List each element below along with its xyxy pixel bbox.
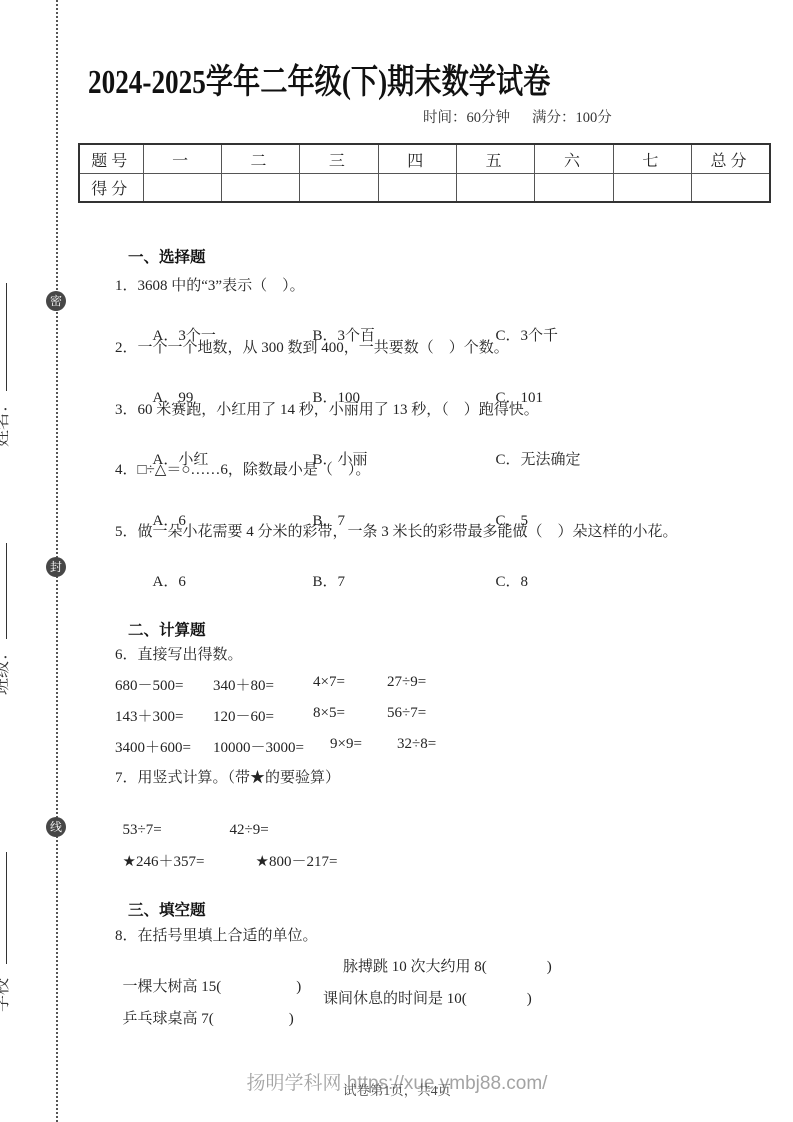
question-5-options: A．6B．7C．8 bbox=[145, 553, 528, 591]
score-table-cell-2: 二 bbox=[221, 144, 299, 174]
calc-expression: 8×5= bbox=[313, 705, 387, 736]
student-school-field: 学校 bbox=[0, 852, 13, 1012]
score-table-cell-6: 六 bbox=[535, 144, 613, 174]
fill-blank-line-2: 乒乓球桌高 7( )课间休息的时间是 10( ) bbox=[115, 989, 675, 1029]
calc-expression: 4×7= bbox=[313, 674, 387, 705]
option-b: B．7 bbox=[313, 570, 496, 591]
calc-expression: 10000－3000= bbox=[213, 736, 313, 767]
option-a: A．6 bbox=[153, 570, 313, 591]
oral-calc-grid: 680－500= 340＋80= 4×7= 27÷9= 143＋300= 120… bbox=[115, 674, 436, 767]
calc-expression: 3400＋600= bbox=[115, 736, 213, 767]
calc-expression: 32÷8= bbox=[387, 736, 436, 767]
score-empty-cell bbox=[535, 174, 613, 203]
score-table-cell-defen: 得分 bbox=[79, 174, 143, 203]
section-heading-calc: 二、计算题 bbox=[128, 618, 206, 640]
score-table-cell-4: 四 bbox=[378, 144, 456, 174]
question-2-text: 2．一个一个地数，从 300 数到 400，一共要数（ ）个数。 bbox=[115, 338, 509, 358]
question-1-text: 1．3608 中的“3”表示（ ）。 bbox=[115, 276, 305, 296]
question-4-text: 4．□÷△＝○……6，除数最小是（ ）。 bbox=[115, 460, 370, 480]
score-empty-cell bbox=[300, 174, 378, 203]
score-table-cell-5: 五 bbox=[457, 144, 535, 174]
seal-char-xian: 线 bbox=[46, 817, 66, 837]
section-heading-choice: 一、选择题 bbox=[128, 245, 206, 267]
fill-blank-item: 脉搏跳 10 次大约用 8( ) bbox=[343, 957, 552, 977]
score-empty-cell bbox=[613, 174, 691, 203]
student-name-label: 姓名： bbox=[0, 396, 11, 447]
score-table-cell-7: 七 bbox=[613, 144, 691, 174]
calc-expression: ★246＋357= bbox=[123, 852, 256, 872]
fill-blank-item: 乒乓球桌高 7( ) bbox=[123, 1011, 294, 1027]
score-table: 题号 一 二 三 四 五 六 七 总分 得分 bbox=[78, 143, 771, 203]
vertical-calc-row-2: ★246＋357=★800－217= bbox=[115, 832, 337, 872]
question-7-text: 7．用竖式计算。（带★的要验算） bbox=[115, 768, 340, 788]
student-name-blank bbox=[0, 283, 7, 391]
fill-blank-item: 课间休息的时间是 10( ) bbox=[323, 989, 532, 1009]
option-c: C．8 bbox=[496, 574, 529, 590]
score-empty-cell bbox=[143, 174, 221, 203]
calc-expression: 27÷9= bbox=[387, 674, 436, 705]
question-6-text: 6．直接写出得数。 bbox=[115, 645, 243, 665]
calc-expression: ★800－217= bbox=[256, 854, 338, 870]
student-class-label: 班级： bbox=[0, 644, 11, 695]
calc-expression: 56÷7= bbox=[387, 705, 436, 736]
student-class-blank bbox=[0, 543, 7, 639]
score-table-cell-total: 总分 bbox=[692, 144, 770, 174]
question-3-text: 3．60 米赛跑，小红用了 14 秒，小丽用了 13 秒，（ ）跑得快。 bbox=[115, 400, 539, 420]
score-empty-cell bbox=[457, 174, 535, 203]
score-empty-cell bbox=[221, 174, 299, 203]
exam-time: 时间：60分钟 bbox=[423, 110, 510, 126]
calc-expression: 680－500= bbox=[115, 674, 213, 705]
page-number: 试卷第1页，共4页 bbox=[343, 1079, 451, 1099]
option-c: C．无法确定 bbox=[496, 452, 581, 468]
calc-expression: 9×9= bbox=[313, 736, 387, 767]
section-heading-fill: 三、填空题 bbox=[128, 898, 206, 920]
student-class-field: 班级： bbox=[0, 543, 13, 695]
seal-char-mi: 密 bbox=[46, 291, 66, 311]
seal-char-feng: 封 bbox=[46, 557, 66, 577]
student-name-field: 姓名： bbox=[0, 283, 13, 447]
calc-expression: 143＋300= bbox=[115, 705, 213, 736]
score-empty-cell bbox=[378, 174, 456, 203]
exam-full-score: 满分：100分 bbox=[532, 110, 612, 126]
exam-meta: 时间：60分钟满分：100分 bbox=[423, 106, 612, 127]
exam-title: 2024-2025学年二年级(下)期末数学试卷 bbox=[88, 54, 550, 103]
score-table-cell-3: 三 bbox=[300, 144, 378, 174]
score-table-cell-1: 一 bbox=[143, 144, 221, 174]
question-8-text: 8．在括号里填上合适的单位。 bbox=[115, 926, 318, 946]
score-table-cell-tihao: 题号 bbox=[79, 144, 143, 174]
calc-expression: 340＋80= bbox=[213, 674, 313, 705]
student-school-label: 学校 bbox=[0, 978, 11, 1012]
score-empty-cell bbox=[692, 174, 770, 203]
question-5-text: 5．做一朵小花需要 4 分米的彩带，一条 3 米长的彩带最多能做（ ）朵这样的小… bbox=[115, 522, 678, 542]
score-table-score-row: 得分 bbox=[79, 174, 770, 203]
score-table-header-row: 题号 一 二 三 四 五 六 七 总分 bbox=[79, 144, 770, 174]
calc-expression: 120－60= bbox=[213, 705, 313, 736]
student-school-blank bbox=[0, 852, 7, 964]
